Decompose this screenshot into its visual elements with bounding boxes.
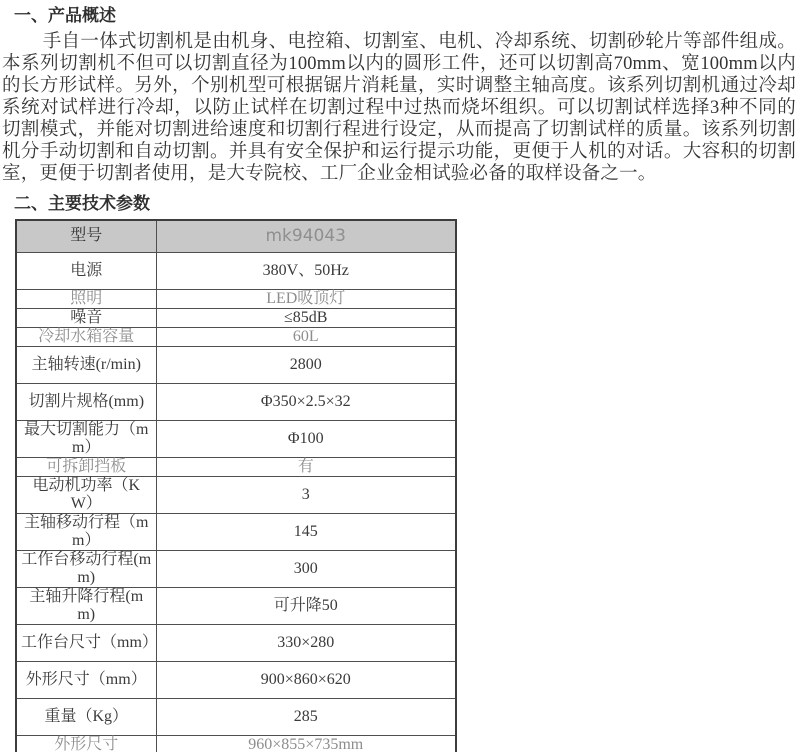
spec-value-cell: 380V、50Hz: [156, 252, 456, 289]
spec-value-cell: 有: [156, 457, 456, 476]
spec-value-cell: 60L: [156, 327, 456, 346]
spec-value-cell: 330×280: [156, 624, 456, 661]
spec-value-cell: Φ100: [156, 420, 456, 457]
spec-label-cell: 噪音: [16, 308, 156, 327]
spec-label-cell: 工作台移动行程(mm): [16, 550, 156, 587]
section2-heading: 二、主要技术参数: [14, 194, 800, 214]
document-page: 一、产品概述 手自一体式切割机是由机身、电控箱、切割室、电机、冷却系统、切割砂轮…: [0, 0, 800, 752]
spec-label-cell: 可拆卸挡板: [16, 457, 156, 476]
spec-value-cell: LED吸顶灯: [156, 289, 456, 308]
spec-value-cell: 285: [156, 698, 456, 735]
spec-label-cell: 型号: [16, 220, 156, 252]
spec-value-cell: ≤85dB: [156, 308, 456, 327]
table-row: 重量（Kg）285: [16, 698, 456, 735]
spec-label-cell: 重量（Kg）: [16, 698, 156, 735]
spec-label-cell: 主轴升降行程(mm): [16, 587, 156, 624]
table-row: 工作台尺寸（mm）330×280: [16, 624, 456, 661]
spec-label-cell: 最大切割能力（mm）: [16, 420, 156, 457]
table-row: 主轴移动行程（mm）145: [16, 513, 456, 550]
spec-table-body: 型号mk94043电源380V、50Hz照明LED吸顶灯噪音≤85dB冷却水箱容…: [16, 220, 456, 752]
spec-value-cell: mk94043: [156, 220, 456, 252]
spec-label-cell: 外形尺寸（mm）: [16, 661, 156, 698]
table-row: 电动机功率（KW）3: [16, 476, 456, 513]
table-row: 外形尺寸960×855×735mm: [16, 735, 456, 752]
section1-heading: 一、产品概述: [14, 6, 800, 26]
spec-value-cell: Φ350×2.5×32: [156, 383, 456, 420]
spec-value-cell: 2800: [156, 346, 456, 383]
spec-label-cell: 工作台尺寸（mm）: [16, 624, 156, 661]
table-row: 主轴升降行程(mm)可升降50: [16, 587, 456, 624]
spec-label-cell: 主轴转速(r/min): [16, 346, 156, 383]
table-row: 照明LED吸顶灯: [16, 289, 456, 308]
table-row: 工作台移动行程(mm)300: [16, 550, 456, 587]
table-row: 可拆卸挡板有: [16, 457, 456, 476]
overview-paragraph: 手自一体式切割机是由机身、电控箱、切割室、电机、冷却系统、切割砂轮片等部件组成。…: [2, 31, 796, 185]
spec-label-cell: 主轴移动行程（mm）: [16, 513, 156, 550]
spec-label-cell: 电动机功率（KW）: [16, 476, 156, 513]
spec-value-cell: 300: [156, 550, 456, 587]
table-row: 切割片规格(mm)Φ350×2.5×32: [16, 383, 456, 420]
spec-label-cell: 冷却水箱容量: [16, 327, 156, 346]
spec-value-cell: 145: [156, 513, 456, 550]
spec-label-cell: 照明: [16, 289, 156, 308]
spec-label-cell: 切割片规格(mm): [16, 383, 156, 420]
spec-table: 型号mk94043电源380V、50Hz照明LED吸顶灯噪音≤85dB冷却水箱容…: [15, 219, 457, 752]
spec-value-cell: 可升降50: [156, 587, 456, 624]
table-row: 噪音≤85dB: [16, 308, 456, 327]
spec-label-cell: 外形尺寸: [16, 735, 156, 752]
table-row: 主轴转速(r/min)2800: [16, 346, 456, 383]
spec-value-cell: 900×860×620: [156, 661, 456, 698]
spec-value-cell: 3: [156, 476, 456, 513]
spec-table-header-row: 型号mk94043: [16, 220, 456, 252]
table-row: 最大切割能力（mm）Φ100: [16, 420, 456, 457]
table-row: 冷却水箱容量60L: [16, 327, 456, 346]
table-row: 电源380V、50Hz: [16, 252, 456, 289]
spec-value-cell: 960×855×735mm: [156, 735, 456, 752]
table-row: 外形尺寸（mm）900×860×620: [16, 661, 456, 698]
spec-label-cell: 电源: [16, 252, 156, 289]
